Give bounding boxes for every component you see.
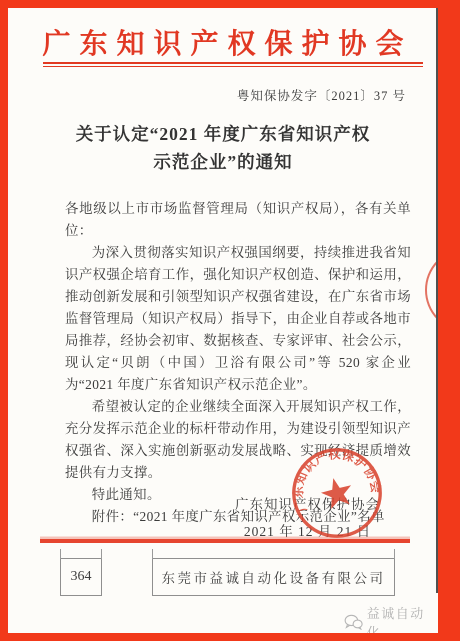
divider-red-line	[40, 539, 410, 543]
salutation: 各地级以上市市场监督管理局（知识产权局），各有关单位：	[65, 198, 411, 242]
notice-title-line1: 关于认定“2021 年度广东省知识产权	[8, 120, 438, 148]
table-rule-tick	[60, 549, 61, 559]
watermark: 益诚自动化	[344, 603, 438, 633]
notice-title: 关于认定“2021 年度广东省知识产权 示范企业”的通知	[8, 120, 438, 176]
table-cell-company: 东莞市益诚自动化设备有限公司	[152, 558, 395, 596]
table-rule-tick	[394, 549, 395, 559]
page-edge-shadow	[436, 8, 438, 593]
table-cell-index: 364	[60, 558, 102, 596]
watermark-text: 益诚自动化	[367, 603, 438, 633]
wechat-icon	[344, 614, 363, 630]
table-rule-tick	[101, 549, 102, 559]
header-rule	[43, 62, 423, 67]
doc-number: 粤知保协发字〔2021〕37 号	[237, 86, 406, 104]
org-header: 广东知识产权保护协会	[8, 22, 438, 62]
body-paragraph-1: 为深入贯彻落实知识产权强国纲要，持续推进我省知识产权强企培育工作，强化知识产权创…	[65, 242, 411, 396]
document-page: 广东知识产权保护协会 粤知保协发字〔2021〕37 号 关于认定“2021 年度…	[8, 8, 438, 633]
notice-title-line2: 示范企业”的通知	[8, 148, 438, 176]
star-icon	[318, 474, 355, 510]
table-rule-tick	[152, 549, 153, 559]
screenshot-frame: 广东知识产权保护协会 粤知保协发字〔2021〕37 号 关于认定“2021 年度…	[0, 0, 460, 641]
